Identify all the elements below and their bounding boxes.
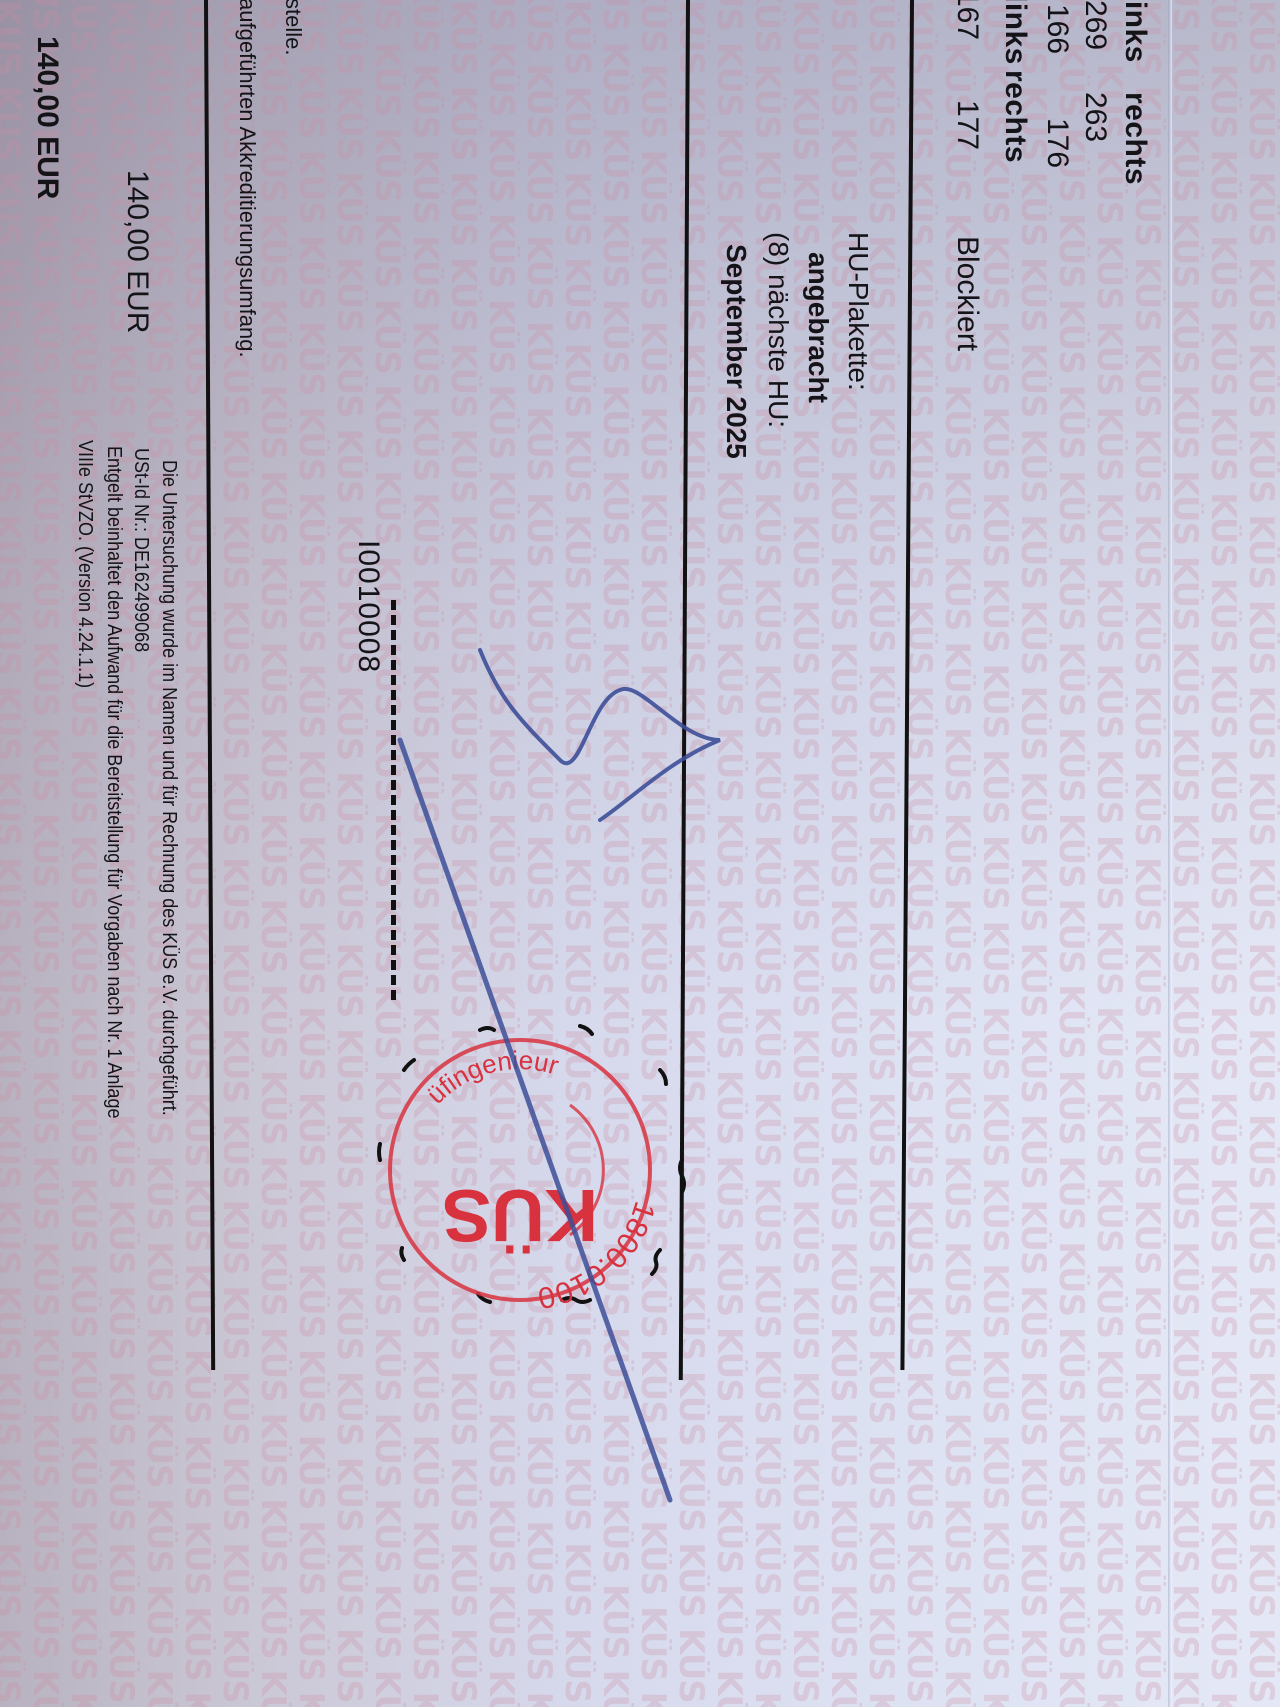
value-left: 167 xyxy=(950,0,984,40)
watermark-row: KÜS KÜS KÜS KÜS KÜS KÜS KÜS KÜS KÜS KÜS … xyxy=(596,0,634,1707)
svg-text:KÜS: KÜS xyxy=(442,1174,598,1257)
blocked-status: Blockiert xyxy=(950,236,984,351)
next-hu-label: (8) nächste HU: xyxy=(762,232,794,428)
value-right: 176 xyxy=(1040,118,1074,168)
fee-total: 140,00 EUR xyxy=(30,36,64,199)
next-hu-date: September 2025 xyxy=(720,244,752,459)
value-left: 166 xyxy=(1040,4,1074,54)
inspector-number: I0010008 xyxy=(351,540,385,673)
watermark-row: KÜS KÜS KÜS KÜS KÜS KÜS KÜS KÜS KÜS KÜS … xyxy=(406,0,444,1707)
vat-id: USt-Id Nr.: DE162499068 xyxy=(129,448,152,652)
col-left-header: links xyxy=(1118,0,1152,63)
value-right: 177 xyxy=(950,100,984,150)
accreditation-line2: aufgeführten Akkreditierungsumfang. xyxy=(234,0,260,358)
watermark-row: KÜS KÜS KÜS KÜS KÜS KÜS KÜS KÜS KÜS KÜS … xyxy=(330,0,368,1707)
footer-line: VIIIe StVZO. (Version 4.24.1.1) xyxy=(73,440,96,688)
watermark-row: KÜS KÜS KÜS KÜS KÜS KÜS KÜS KÜS KÜS KÜS … xyxy=(1052,0,1090,1707)
value-left: 269 xyxy=(1078,0,1112,50)
hu-sticker-label: HU-Plakette: xyxy=(842,232,874,391)
watermark-row: KÜS KÜS KÜS KÜS KÜS KÜS KÜS KÜS KÜS KÜS … xyxy=(482,0,520,1707)
col-right-header: rechts xyxy=(1118,92,1152,185)
watermark-row: KÜS KÜS KÜS KÜS KÜS KÜS KÜS KÜS KÜS KÜS … xyxy=(634,0,672,1707)
watermark-row: KÜS KÜS KÜS KÜS KÜS KÜS KÜS KÜS KÜS KÜS … xyxy=(0,0,26,1707)
watermark-row: KÜS KÜS KÜS KÜS KÜS KÜS KÜS KÜS KÜS KÜS … xyxy=(292,0,330,1707)
watermark-row: KÜS KÜS KÜS KÜS KÜS KÜS KÜS KÜS KÜS KÜS … xyxy=(1242,0,1280,1707)
footer-line: Entgelt beinhaltet den Aufwand für die B… xyxy=(102,446,125,1118)
watermark-row: KÜS KÜS KÜS KÜS KÜS KÜS KÜS KÜS KÜS KÜS … xyxy=(26,0,64,1707)
accreditation-line1: stelle. xyxy=(280,0,306,55)
watermark-row: KÜS KÜS KÜS KÜS KÜS KÜS KÜS KÜS KÜS KÜS … xyxy=(1128,0,1166,1707)
col-right-header: rechts xyxy=(998,70,1032,163)
watermark-row: KÜS KÜS KÜS KÜS KÜS KÜS KÜS KÜS KÜS KÜS … xyxy=(1090,0,1128,1707)
watermark-row: KÜS KÜS KÜS KÜS KÜS KÜS KÜS KÜS KÜS KÜS … xyxy=(520,0,558,1707)
inspection-report-page: KÜS KÜS KÜS KÜS KÜS KÜS KÜS KÜS KÜS KÜS … xyxy=(0,0,1280,1707)
value-right: 263 xyxy=(1078,92,1112,142)
signature-line xyxy=(391,600,396,1000)
paper-fold xyxy=(1168,0,1172,1707)
watermark-row: KÜS KÜS KÜS KÜS KÜS KÜS KÜS KÜS KÜS KÜS … xyxy=(444,0,482,1707)
watermark-row: KÜS KÜS KÜS KÜS KÜS KÜS KÜS KÜS KÜS KÜS … xyxy=(1204,0,1242,1707)
hu-sticker-value: angebracht xyxy=(802,252,834,403)
watermark-row: KÜS KÜS KÜS KÜS KÜS KÜS KÜS KÜS KÜS KÜS … xyxy=(368,0,406,1707)
watermark-row: KÜS KÜS KÜS KÜS KÜS KÜS KÜS KÜS KÜS KÜS … xyxy=(672,0,710,1707)
col-left-header: links xyxy=(998,0,1032,65)
watermark-row: KÜS KÜS KÜS KÜS KÜS KÜS KÜS KÜS KÜS KÜS … xyxy=(558,0,596,1707)
watermark-row: KÜS KÜS KÜS KÜS KÜS KÜS KÜS KÜS KÜS KÜS … xyxy=(64,0,102,1707)
official-stamp: KÜS 1800.0100 üfingenieur xyxy=(370,1010,690,1330)
watermark-row: KÜS KÜS KÜS KÜS KÜS KÜS KÜS KÜS KÜS KÜS … xyxy=(1014,0,1052,1707)
footer-line: Die Untersuchung wurde im Namen und für … xyxy=(157,460,180,1116)
svg-text:üfingenieur: üfingenieur xyxy=(421,1045,563,1110)
fee-subtotal: 140,00 EUR xyxy=(120,170,154,333)
